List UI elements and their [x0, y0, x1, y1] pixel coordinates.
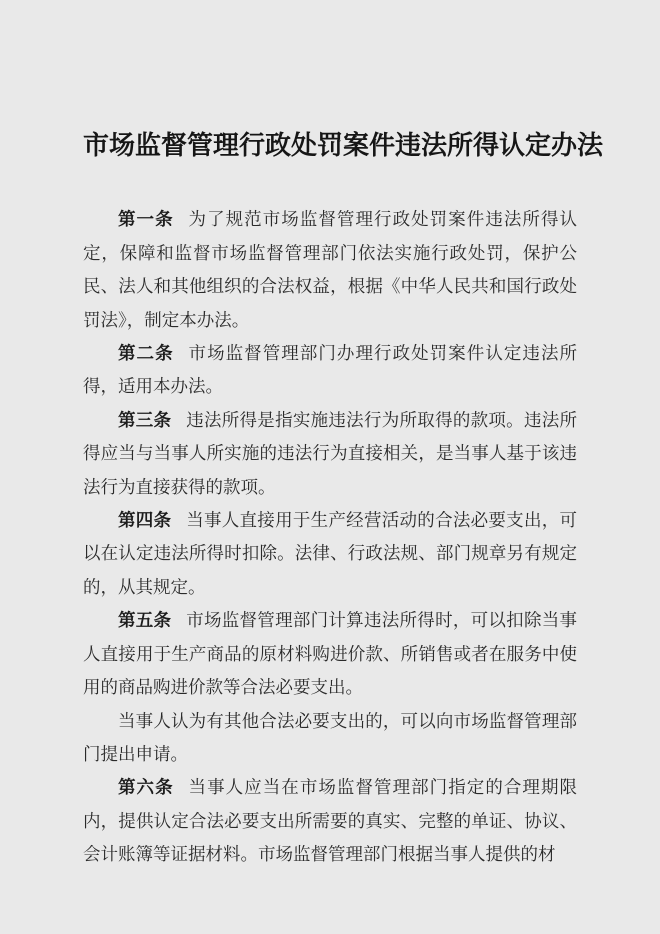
paragraph-article-5: 第五条市场监督管理部门计算违法所得时，可以扣除当事人直接用于生产商品的原材料购进… [83, 604, 577, 704]
article-number: 第四条 [118, 510, 186, 530]
document-page: 市场监督管理行政处罚案件违法所得认定办法 第一条为了规范市场监督管理行政处罚案件… [83, 17, 577, 871]
document-body: 第一条为了规范市场监督管理行政处罚案件违法所得认定，保障和监督市场监督管理部门依… [83, 203, 577, 871]
paragraph-article-6: 第六条当事人应当在市场监督管理部门指定的合理期限内，提供认定合法必要支出所需要的… [83, 771, 577, 871]
article-number: 第二条 [118, 343, 189, 363]
paragraph-article-1: 第一条为了规范市场监督管理行政处罚案件违法所得认定，保障和监督市场监督管理部门依… [83, 203, 577, 337]
document-title: 市场监督管理行政处罚案件违法所得认定办法 [83, 17, 577, 165]
paragraph-article-3: 第三条违法所得是指实施违法行为所取得的款项。违法所得应当与当事人所实施的违法行为… [83, 404, 577, 504]
paragraph-article-2: 第二条市场监督管理部门办理行政处罚案件认定违法所得，适用本办法。 [83, 337, 577, 404]
article-number: 第六条 [118, 777, 189, 797]
paragraph-article-5-continuation: 当事人认为有其他合法必要支出的，可以向市场监督管理部门提出申请。 [83, 705, 577, 772]
article-number: 第三条 [118, 410, 186, 430]
paragraph-text: 当事人认为有其他合法必要支出的，可以向市场监督管理部门提出申请。 [83, 711, 577, 764]
article-number: 第五条 [118, 610, 186, 630]
paragraph-article-4: 第四条当事人直接用于生产经营活动的合法必要支出，可以在认定违法所得时扣除。法律、… [83, 504, 577, 604]
article-number: 第一条 [118, 209, 189, 229]
